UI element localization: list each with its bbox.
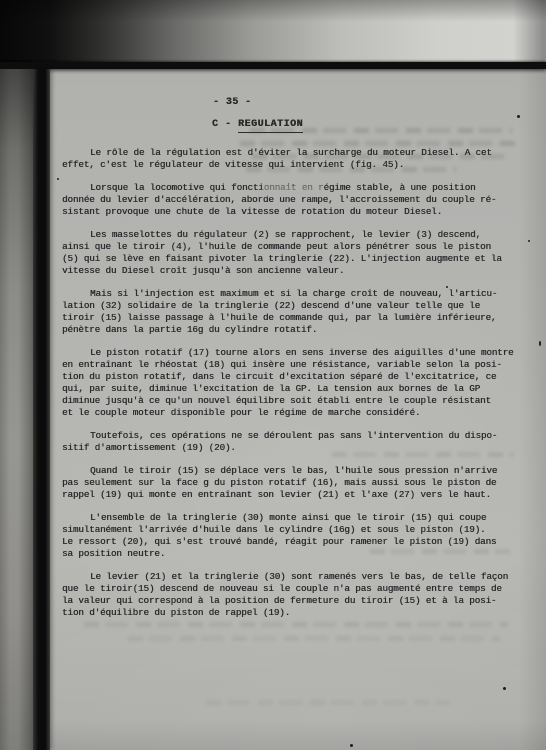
book-gutter-shadow (33, 69, 50, 750)
page-number: - 35 - (213, 97, 251, 108)
text-line: Toutefois, ces opérations ne se déroulen… (62, 430, 514, 442)
text-line: sitif d'amortissement (19) (20). (62, 442, 514, 454)
text-line: Le levier (21) et la tringlerie (30) son… (62, 571, 514, 583)
text-line: Le rôle de la régulation est d'éviter la… (62, 147, 514, 159)
text-line: tion d'équilibre du piston de rappel (19… (62, 607, 514, 619)
paragraph: Le levier (21) et la tringlerie (30) son… (62, 571, 514, 619)
text-line: L'ensemble de la tringlerie (30) monte a… (62, 512, 514, 524)
text-line: sa position neutre. (62, 548, 514, 560)
scan-speck (350, 744, 353, 747)
paragraphs: Le rôle de la régulation est d'éviter la… (62, 147, 514, 619)
section-heading-prefix: C - (212, 119, 238, 130)
text-line: en entraînant le rhéostat (18) qui insèr… (62, 359, 514, 371)
text-line: vitesse du Diesel croît jusqu'à son anci… (62, 265, 514, 277)
text-line: lation (32) solidaire de la tringlerie (… (62, 300, 514, 312)
text-line: tiroir (15) laisse passage à l'huile de … (62, 312, 514, 324)
text-line: effet, c'est le régulateur de vitesse qu… (62, 159, 514, 171)
section-heading: C - REGULATION (212, 119, 303, 130)
text-line: Le piston rotatif (17) tourne alors en s… (62, 347, 514, 359)
ink-fade-artifact (262, 185, 324, 197)
text-line: la valeur qui correspond à la position d… (62, 595, 514, 607)
text-line: Quand le tiroir (15) se déplace vers le … (62, 465, 514, 477)
paragraph: Le piston rotatif (17) tourne alors en s… (62, 347, 514, 419)
scan-speck (57, 178, 59, 180)
scan-speck (503, 687, 506, 690)
text-line: ainsi que le tiroir (4), l'huile de comm… (62, 241, 514, 253)
bleed-through-ghost-text (128, 636, 500, 641)
scan-speck (539, 341, 541, 346)
scanned-page: - 35 - C - REGULATION Le rôle de la régu… (0, 0, 546, 750)
paragraph: Le rôle de la régulation est d'éviter la… (62, 147, 514, 171)
text-line: rappel (19) qui monte en entraînant son … (62, 489, 514, 501)
text-line: pénètre dans la partie 16g du cylindre r… (62, 324, 514, 336)
scan-top-edge-band (0, 0, 546, 62)
text-line: que le tiroir(15) descend de nouveau si … (62, 583, 514, 595)
bleed-through-ghost-text (206, 700, 450, 705)
paragraph: Les masselottes du régulateur (2) se rap… (62, 229, 514, 277)
text-line: sistant provoque une chute de la vitesse… (62, 206, 514, 218)
paragraph: Toutefois, ces opérations ne se déroulen… (62, 430, 514, 454)
scan-speck (528, 240, 530, 242)
adjacent-page-edge (0, 69, 33, 750)
paragraph: L'ensemble de la tringlerie (30) monte a… (62, 512, 514, 560)
text-line: pas seulement sur la face g du piston ro… (62, 477, 514, 489)
paragraph: Mais si l'injection est maximum et si la… (62, 288, 514, 336)
text-line: et le couple moteur disponible pour le r… (62, 407, 514, 419)
page-content: - 35 - C - REGULATION Le rôle de la régu… (62, 97, 514, 630)
scan-top-black-line (0, 62, 546, 69)
text-line: qui, par suite, diminue l'excitation de … (62, 383, 514, 395)
section-heading-title: REGULATION (238, 119, 303, 133)
text-line: Le ressort (20), qui s'est trouvé bandé,… (62, 536, 514, 548)
text-line: Mais si l'injection est maximum et si la… (62, 288, 514, 300)
scan-speck (517, 115, 520, 118)
text-line: simultanément l'arrivée d'huile dans le … (62, 524, 514, 536)
text-line: (5) qui se lève en faisant pivoter la tr… (62, 253, 514, 265)
text-line: Les masselottes du régulateur (2) se rap… (62, 229, 514, 241)
text-line: diminue jusqu'à ce qu'un nouvel équilibr… (62, 395, 514, 407)
text-line: tion du piston rotatif, dans le circuit … (62, 371, 514, 383)
paragraph: Quand le tiroir (15) se déplace vers le … (62, 465, 514, 501)
